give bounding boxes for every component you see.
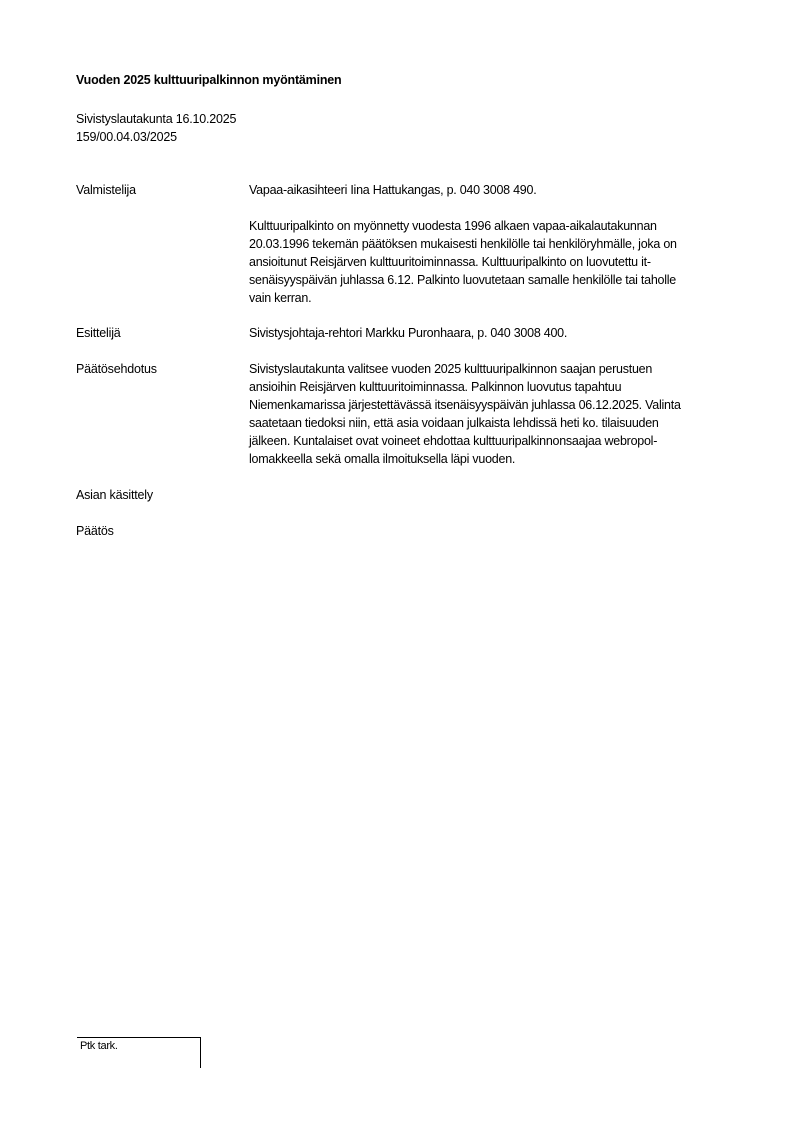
document-meta: Sivistyslautakunta 16.10.2025 159/00.04.…: [76, 110, 236, 146]
label-asian-kasittely: Asian käsittely: [76, 486, 153, 504]
minutes-check-box: Ptk tark.: [77, 1037, 201, 1068]
reference-number: 159/00.04.03/2025: [76, 128, 236, 146]
document-page: Vuoden 2025 kulttuuripalkinnon myöntämin…: [0, 0, 794, 1122]
proposal-line: saatetaan tiedoksi niin, että asia voida…: [249, 414, 681, 432]
background-line: ansioitunut Reisjärven kulttuuritoiminna…: [249, 253, 677, 271]
label-paatos: Päätös: [76, 522, 114, 540]
background-line: 20.03.1996 tekemän päätöksen mukaisesti …: [249, 235, 677, 253]
document-title: Vuoden 2025 kulttuuripalkinnon myöntämin…: [76, 73, 341, 87]
meeting-info: Sivistyslautakunta 16.10.2025: [76, 110, 236, 128]
background-line: senäisyyspäivän juhlassa 6.12. Palkinto …: [249, 271, 677, 289]
proposal-line: lomakkeella sekä omalla ilmoituksella lä…: [249, 450, 681, 468]
proposal-line: ansioihin Reisjärven kulttuuritoiminnass…: [249, 378, 681, 396]
proposal-line: Sivistyslautakunta valitsee vuoden 2025 …: [249, 360, 681, 378]
valmistelija-line: Vapaa-aikasihteeri Iina Hattukangas, p. …: [249, 181, 536, 199]
valmistelija-content: Vapaa-aikasihteeri Iina Hattukangas, p. …: [249, 181, 536, 199]
proposal-line: Niemenkamarissa järjestettävässä itsenäi…: [249, 396, 681, 414]
minutes-check-label: Ptk tark.: [80, 1040, 118, 1052]
proposal-line: jälkeen. Kuntalaiset ovat voineet ehdott…: [249, 432, 681, 450]
background-line: Kulttuuripalkinto on myönnetty vuodesta …: [249, 217, 677, 235]
label-esittelija: Esittelijä: [76, 324, 121, 342]
esittelija-line: Sivistysjohtaja-rehtori Markku Puronhaar…: [249, 324, 567, 342]
label-paatosehdotus: Päätösehdotus: [76, 360, 157, 378]
paatosehdotus-content: Sivistyslautakunta valitsee vuoden 2025 …: [249, 360, 681, 468]
background-line: vain kerran.: [249, 289, 677, 307]
esittelija-content: Sivistysjohtaja-rehtori Markku Puronhaar…: [249, 324, 567, 342]
background-paragraph: Kulttuuripalkinto on myönnetty vuodesta …: [249, 217, 677, 307]
label-valmistelija: Valmistelija: [76, 181, 136, 199]
